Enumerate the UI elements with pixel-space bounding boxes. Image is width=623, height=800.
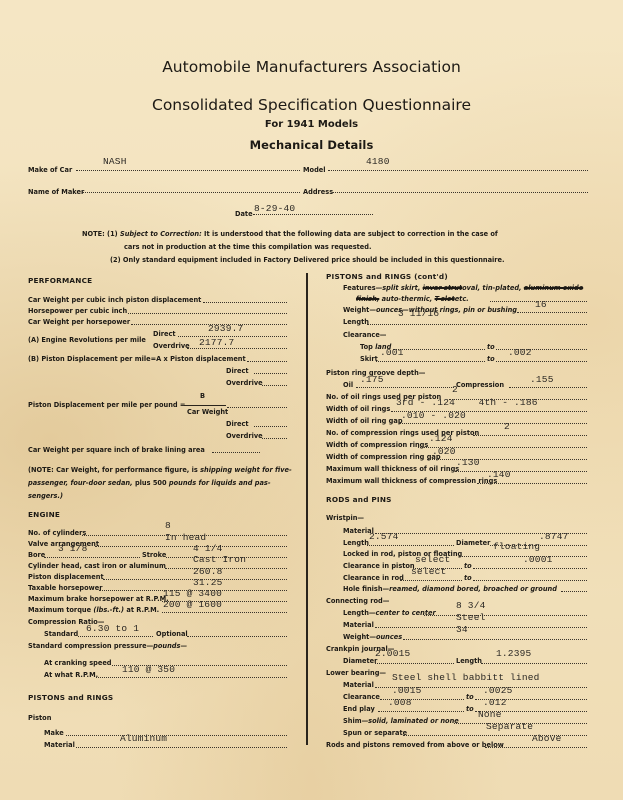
- conrod-length-label: Length—center to center: [343, 609, 436, 617]
- shim-value: None: [478, 709, 502, 720]
- maker-label: Name of Maker: [28, 188, 84, 196]
- max-comp-wall-label: Maximum wall thickness of compression ri…: [326, 477, 497, 485]
- stroke-value: 4 1/4: [193, 543, 223, 554]
- leader-dots: [561, 591, 587, 592]
- clearance-piston-to: .0001: [523, 554, 553, 565]
- wristpin-label: Wristpin—: [326, 514, 364, 522]
- piston-material-label: Material: [44, 741, 75, 749]
- max-comp-wall-value: .140: [487, 469, 511, 480]
- wristpin-diameter-label: Diameter: [456, 539, 490, 547]
- leader-dots: [400, 580, 462, 581]
- cylinders-value: 8: [165, 520, 171, 531]
- clearance-piston-to-label: to: [464, 562, 472, 570]
- piston-label: Piston: [28, 714, 51, 722]
- clearance-rod-to-label: to: [464, 574, 472, 582]
- lb-material-value: Steel shell babbitt lined: [392, 672, 540, 683]
- date-value: 8-29-40: [254, 203, 295, 214]
- address-label: Address: [303, 188, 333, 196]
- lb-endplay-to-label: to: [466, 705, 474, 713]
- make-value: NASH: [103, 156, 127, 167]
- crankpin-diameter-value: 2.0015: [375, 648, 410, 659]
- piston-length-value: 3 11/16: [398, 308, 439, 319]
- fraction-line: [184, 405, 226, 406]
- performance-heading: PERFORMANCE: [28, 276, 92, 285]
- groove-compression-value: .155: [530, 374, 554, 385]
- leader-dots: [455, 471, 587, 472]
- brake-lining-label: Car Weight per square inch of brake lini…: [28, 446, 205, 454]
- leader-dots: [473, 580, 587, 581]
- bore-label: Bore: [28, 551, 45, 559]
- shim-label: Shim—solid, laminated or none: [343, 717, 459, 725]
- locked-value: floating: [493, 541, 540, 552]
- max-bhp-value: 115 @ 3400: [163, 588, 222, 599]
- make-dots: [76, 170, 300, 171]
- perf-note-line-1: (NOTE: Car Weight, for performance figur…: [28, 466, 292, 474]
- cyl-head-label: Cylinder head, cast iron or aluminum: [28, 562, 166, 570]
- cr-standard-value: 6.30 to 1: [86, 623, 139, 634]
- valve-value: In head: [165, 532, 206, 543]
- removed-value: Above: [532, 733, 562, 744]
- spun-label: Spun or separate: [343, 729, 407, 737]
- engine-rev-overdrive-value: 2177.7: [199, 337, 234, 348]
- leader-dots: [367, 324, 587, 325]
- comp-ring-gap-label: Width of compression ring gap: [326, 453, 441, 461]
- model-value: 4180: [366, 156, 390, 167]
- wristpin-diameter-value: .8747: [539, 531, 569, 542]
- piston-disp-mile-label: (B) Piston Displacement per mile=A x Pis…: [28, 355, 246, 363]
- engine-rev-direct-value: 2939.7: [208, 323, 243, 334]
- leader-dots: [227, 407, 287, 408]
- leader-dots: [76, 747, 287, 748]
- features-line-1: Features—split skirt, invar strutoval, t…: [343, 284, 583, 292]
- oil-rings-width-value: 3rd - .124 4th - .186: [396, 397, 538, 408]
- oil-ring-gap-value: .010 - .020: [401, 410, 466, 421]
- crankpin-length-label: Length: [456, 657, 482, 665]
- leader-dots: [44, 557, 140, 558]
- leader-dots: [78, 636, 153, 637]
- engine-heading: ENGINE: [28, 510, 60, 519]
- leader-dots: [96, 677, 287, 678]
- piston-length-label: Length: [343, 318, 369, 326]
- max-bhp-label: Maximum brake horsepower at R.P.M.: [28, 595, 169, 603]
- date-label: Date: [235, 210, 253, 218]
- clearance-rod-label: Clearance in rod: [343, 574, 404, 582]
- skirt-to-value: .002: [508, 347, 532, 358]
- car-weight-per-cid-label: Car Weight per cubic inch piston displac…: [28, 296, 201, 304]
- lb-clearance-from: .0015: [392, 685, 422, 696]
- lb-endplay-to: .012: [483, 697, 507, 708]
- engine-rev-label: (A) Engine Revolutions per mile: [28, 336, 146, 344]
- hole-finish-label: Hole finish—reamed, diamond bored, broac…: [343, 585, 557, 593]
- pdm-direct-label: Direct: [226, 367, 249, 375]
- leader-dots: [517, 312, 587, 313]
- leader-dots: [375, 663, 454, 664]
- leader-dots: [66, 735, 287, 736]
- leader-dots: [95, 546, 287, 547]
- pdp-overdrive-label: Overdrive: [226, 432, 263, 440]
- conrod-length-value: 8 3/4: [456, 600, 486, 611]
- leader-dots: [128, 313, 287, 314]
- leader-dots: [356, 387, 454, 388]
- leader-dots: [485, 747, 587, 748]
- cr-optional-label: Optional: [156, 630, 188, 638]
- conrod-weight-value: 34: [456, 624, 468, 635]
- pdp-direct-label: Direct: [226, 420, 249, 428]
- leader-dots: [378, 711, 464, 712]
- pistons-heading: PISTONS and RINGS: [28, 693, 113, 702]
- leader-dots: [367, 545, 454, 546]
- at-rpm-label: At what R.P.M.: [44, 671, 98, 679]
- struck-option: finish,: [356, 295, 379, 303]
- cyl-head-value: Cast Iron: [193, 554, 246, 565]
- leader-dots: [376, 361, 485, 362]
- scp-label: Standard compression pressure—pounds—: [28, 642, 187, 650]
- clearance-piston-label: Clearance in piston: [343, 562, 415, 570]
- lb-endplay-label: End play: [343, 705, 375, 713]
- model-dots: [328, 170, 588, 171]
- fraction-numerator: B: [200, 392, 205, 400]
- comp-rings-width-value: .124: [429, 433, 453, 444]
- conrod-material-value: Steel: [456, 612, 486, 623]
- questionnaire-page: Automobile Manufacturers Association Con…: [0, 0, 623, 800]
- leader-dots: [203, 302, 287, 303]
- leader-dots: [477, 483, 587, 484]
- lb-endplay-from: .008: [388, 697, 412, 708]
- struck-option: T-slot: [435, 295, 455, 303]
- disp-label: Piston displacement: [28, 573, 104, 581]
- pdm-pound-label: Piston Displacement per mile per pound =: [28, 401, 185, 409]
- skirt-to-label: to: [487, 355, 495, 363]
- leader-dots: [427, 459, 587, 460]
- leader-dots: [509, 387, 587, 388]
- leader-dots: [247, 361, 287, 362]
- perf-note-line-2: passenger, four-door sedan, plus 500 pou…: [28, 479, 271, 487]
- leader-dots: [254, 373, 287, 374]
- max-torque-label: Maximum torque (lbs.-ft.) at R.P.M.: [28, 606, 159, 614]
- maker-dots: [82, 192, 300, 193]
- piston-make-label: Make: [44, 729, 64, 737]
- bore-value: 3 1/8: [58, 543, 88, 554]
- perf-note-line-3: sengers.): [28, 492, 63, 500]
- cranking-label: At cranking speed: [44, 659, 112, 667]
- oil-rings-width-label: Width of oil rings: [326, 405, 390, 413]
- section-subtitle: Mechanical Details: [0, 138, 623, 152]
- note-1-cont: cars not in production at the time this …: [124, 243, 371, 251]
- wristpin-length-value: 2.574: [369, 531, 399, 542]
- clearance-piston-from: select: [415, 554, 450, 565]
- comp-rings-count-label: No. of compression rings used per piston: [326, 429, 479, 437]
- lb-material-label: Material: [343, 681, 374, 689]
- model-year-subtitle: For 1941 Models: [0, 119, 623, 130]
- leader-dots: [187, 636, 287, 637]
- spun-value: Separate: [486, 721, 533, 732]
- leader-dots: [473, 435, 587, 436]
- leader-dots: [262, 385, 287, 386]
- conrod-label: Connecting rod—: [326, 597, 389, 605]
- max-oil-wall-value: .130: [456, 457, 480, 468]
- at-rpm-value: 110 @ 350: [122, 664, 175, 675]
- note-2: (2) Only standard equipment included in …: [110, 256, 505, 264]
- crankpin-length-value: 1.2395: [496, 648, 531, 659]
- max-oil-wall-label: Maximum wall thickness of oil rings: [326, 465, 459, 473]
- groove-oil-label: Oil: [343, 381, 353, 389]
- leader-dots: [481, 663, 587, 664]
- skirt-from-value: .001: [380, 347, 404, 358]
- conrod-weight-label: Weight—ounces: [343, 633, 402, 641]
- taxable-hp-value: 31.25: [193, 577, 223, 588]
- fraction-denominator: Car Weight: [187, 408, 228, 416]
- piston-weight-value: 16: [535, 299, 547, 310]
- cylinders-label: No. of cylinders: [28, 529, 86, 537]
- clearance-label: Clearance—: [343, 331, 386, 339]
- note-1: NOTE: (1) Subject to Correction: It is u…: [82, 230, 498, 238]
- org-title: Automobile Manufacturers Association: [0, 58, 623, 76]
- lb-clearance-label: Clearance: [343, 693, 380, 701]
- leader-dots: [375, 627, 587, 628]
- wristpin-length-label: Length: [343, 539, 369, 547]
- struck-option: aluminum oxide: [524, 284, 583, 292]
- leader-dots: [403, 639, 587, 640]
- leader-dots: [496, 361, 587, 362]
- struck-option: invar strut: [423, 284, 462, 292]
- leader-dots: [254, 426, 287, 427]
- engine-rev-direct-label: Direct: [153, 330, 176, 338]
- address-dots: [333, 192, 588, 193]
- clearance-rod-from: select: [411, 566, 446, 577]
- make-label: Make of Car: [28, 166, 72, 174]
- lb-clearance-to-label: to: [466, 693, 474, 701]
- crankpin-diameter-label: Diameter: [343, 657, 377, 665]
- leader-dots: [212, 452, 260, 453]
- leader-dots: [393, 349, 485, 350]
- date-dots: [253, 214, 373, 215]
- leader-dots: [473, 568, 587, 569]
- leader-dots: [187, 348, 287, 349]
- stroke-label: Stroke: [142, 551, 166, 559]
- leader-dots: [424, 615, 587, 616]
- oil-ring-gap-label: Width of oil ring gap: [326, 417, 403, 425]
- oil-rings-count-value: 2: [452, 384, 458, 395]
- pdm-overdrive-label: Overdrive: [226, 379, 263, 387]
- hp-per-ci-label: Horsepower per cubic inch: [28, 307, 127, 315]
- comp-rings-width-label: Width of compression rings: [326, 441, 428, 449]
- model-label: Model: [303, 166, 326, 174]
- leader-dots: [399, 423, 587, 424]
- column-divider: [306, 273, 308, 745]
- piston-material-value: Aluminum: [120, 733, 167, 744]
- groove-compression-label: Compression: [456, 381, 504, 389]
- car-weight-per-hp-label: Car Weight per horsepower: [28, 318, 130, 326]
- leader-dots: [162, 612, 287, 613]
- leader-dots: [165, 568, 287, 569]
- removed-label: Rods and pistons removed from above or b…: [326, 741, 504, 749]
- lb-clearance-to: .0025: [483, 685, 513, 696]
- lower-bearing-label: Lower bearing—: [326, 669, 386, 677]
- comp-ring-gap-value: .020: [432, 446, 456, 457]
- pistons-cont-heading: PISTONS and RINGS (cont'd): [326, 272, 448, 281]
- groove-oil-value: .175: [360, 374, 384, 385]
- taxable-hp-label: Taxable horsepower: [28, 584, 103, 592]
- max-torque-value: 200 @ 1600: [163, 599, 222, 610]
- top-to-label: to: [487, 343, 495, 351]
- cr-standard-label: Standard: [44, 630, 78, 638]
- engine-rev-overdrive-label: Overdrive: [153, 342, 190, 350]
- rods-heading: RODS and PINS: [326, 495, 392, 504]
- comp-rings-count-value: 2: [504, 421, 510, 432]
- document-title: Consolidated Specification Questionnaire: [0, 96, 623, 114]
- conrod-material-label: Material: [343, 621, 374, 629]
- leader-dots: [262, 438, 287, 439]
- features-line-2: finish, auto-thermic, T-slotetc.: [356, 295, 469, 303]
- disp-value: 260.8: [193, 566, 223, 577]
